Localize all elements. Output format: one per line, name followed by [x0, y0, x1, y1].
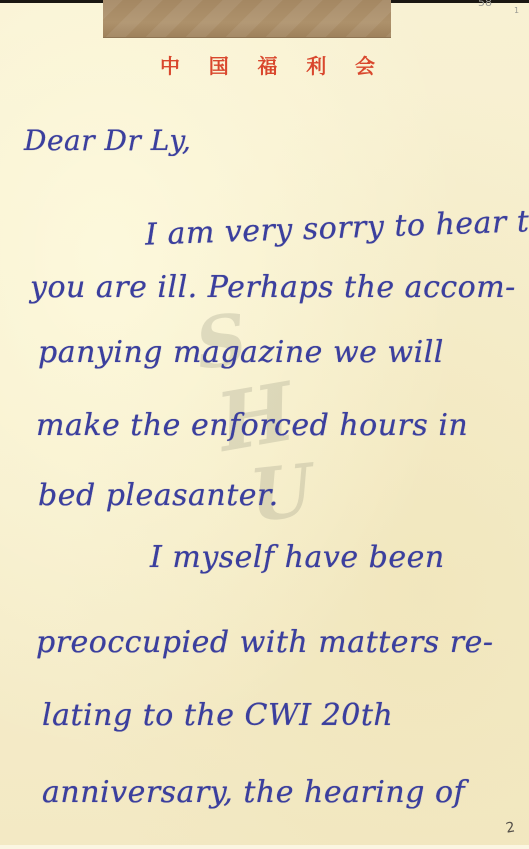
letter-line: lating to the CWI 20th: [42, 698, 393, 733]
letter-line: I myself have been: [150, 540, 445, 575]
archive-small-mark: 1: [514, 6, 519, 15]
archive-pencil-mark: 58: [478, 0, 492, 9]
salutation: Dear Dr Ly,: [24, 124, 191, 157]
letterhead-char: 中: [160, 50, 180, 79]
letter-line: panying magazine we will: [38, 335, 444, 370]
letterhead: 中 国 福 利 会: [160, 50, 375, 79]
letter-line: you are ill. Perhaps the accom-: [30, 270, 516, 305]
scan-border-bottom: [0, 845, 529, 849]
letter-line: make the enforced hours in: [36, 408, 468, 443]
letter-line: anniversary, the hearing of: [42, 775, 465, 810]
letter-line: preoccupied with matters re-: [36, 625, 493, 660]
adhesive-tape: [103, 0, 391, 38]
letterhead-char: 会: [355, 50, 375, 79]
letter-page: 58 1 中 国 福 利 会 S H U Dear Dr Ly, I am ve…: [0, 0, 529, 849]
letter-line: bed pleasanter.: [38, 478, 279, 513]
letter-line: I am very sorry to hear that: [145, 202, 529, 252]
letterhead-char: 利: [306, 50, 326, 79]
letterhead-char: 福: [258, 50, 278, 79]
letterhead-char: 国: [209, 50, 229, 79]
page-number: 2: [505, 819, 517, 836]
